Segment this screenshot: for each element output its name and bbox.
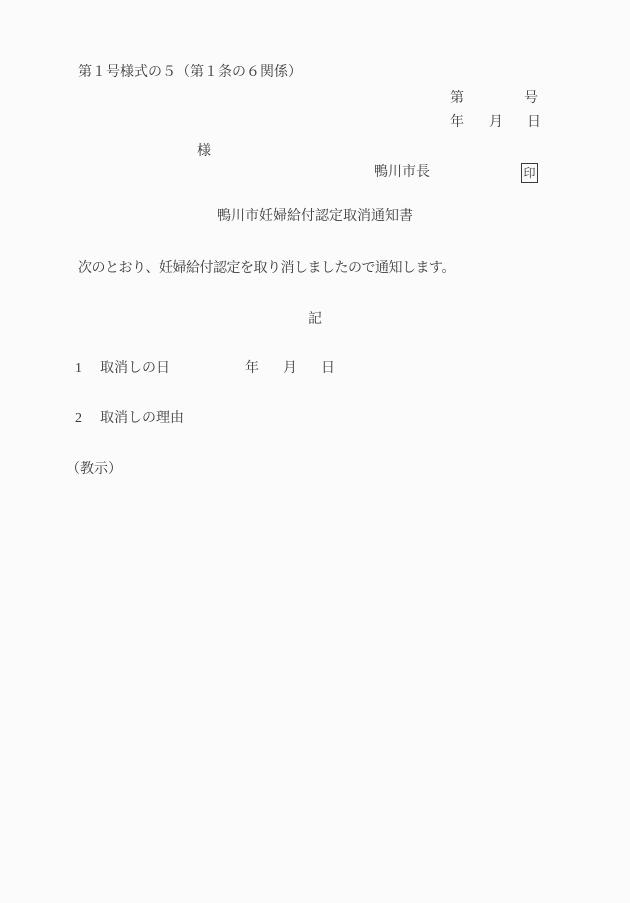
doc-number-prefix: 第: [450, 91, 464, 107]
seal-stamp-box: 印: [521, 163, 538, 183]
body-text: 次のとおり、妊婦給付認定を取り消しましたので通知します。: [78, 261, 455, 277]
item-1-label: 取消しの日: [100, 361, 170, 377]
addressee-suffix: 様: [197, 144, 211, 160]
date-day-label: 日: [527, 115, 541, 131]
date-month-label: 月: [489, 115, 503, 131]
list-marker: 記: [0, 312, 630, 328]
document-page: 第１号様式の５（第１条の６関係） 第 号 年 月 日 様 鴨川市長 印 鴨川市妊…: [0, 0, 630, 903]
form-number: 第１号様式の５（第１条の６関係）: [78, 65, 302, 81]
item-1-month-label: 月: [283, 361, 297, 377]
item-1-day-label: 日: [321, 361, 335, 377]
note-kyoji: （教示）: [66, 462, 122, 478]
item-2-label: 取消しの理由: [100, 411, 184, 427]
date-year-label: 年: [450, 115, 464, 131]
item-2-number: 2: [75, 411, 82, 427]
item-1-number: 1: [75, 361, 82, 377]
doc-number-suffix: 号: [524, 91, 538, 107]
item-1-year-label: 年: [245, 361, 259, 377]
sender-name: 鴨川市長: [374, 165, 430, 181]
document-title: 鴨川市妊婦給付認定取消通知書: [0, 209, 630, 225]
